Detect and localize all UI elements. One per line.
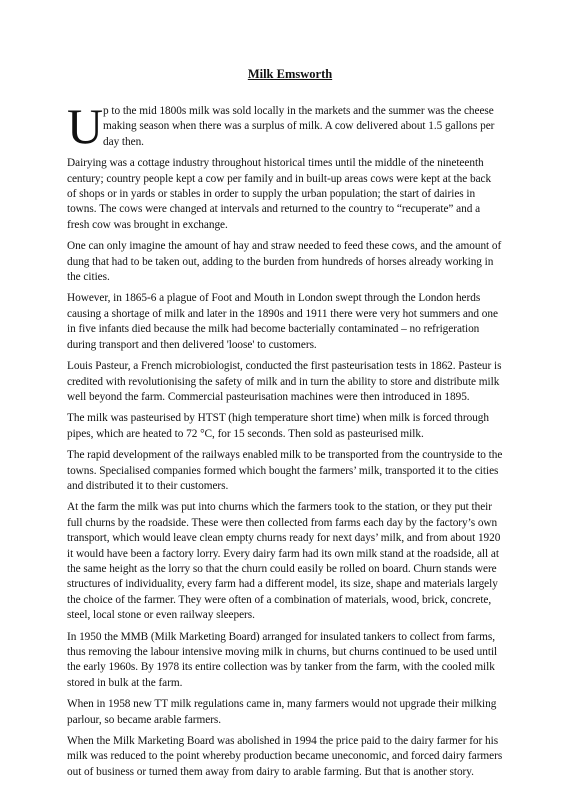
paragraph-htst-pasteurisation: The milk was pasteurised by HTST (high t… xyxy=(67,411,503,442)
paragraph-louis-pasteur: Louis Pasteur, a French microbiologist, … xyxy=(67,359,503,405)
intro-paragraph-text: p to the mid 1800s milk was sold locally… xyxy=(103,105,494,148)
paragraph-mmb-tankers: In 1950 the MMB (Milk Marketing Board) a… xyxy=(67,630,503,692)
drop-cap: U xyxy=(67,102,103,150)
intro-paragraph: U p to the mid 1800s milk was sold local… xyxy=(67,104,503,150)
document-title: Milk Emsworth xyxy=(67,66,503,82)
paragraph-hay-and-straw: One can only imagine the amount of hay a… xyxy=(67,239,503,285)
paragraph-dairying-cottage-industry: Dairying was a cottage industry througho… xyxy=(67,156,503,233)
paragraph-mmb-abolished: When the Milk Marketing Board was abolis… xyxy=(67,734,503,780)
document-page: Milk Emsworth U p to the mid 1800s milk … xyxy=(67,66,503,786)
paragraph-foot-and-mouth: However, in 1865-6 a plague of Foot and … xyxy=(67,291,503,353)
paragraph-churns: At the farm the milk was put into churns… xyxy=(67,500,503,623)
paragraph-tt-regulations: When in 1958 new TT milk regulations cam… xyxy=(67,697,503,728)
paragraph-railways: The rapid development of the railways en… xyxy=(67,448,503,494)
